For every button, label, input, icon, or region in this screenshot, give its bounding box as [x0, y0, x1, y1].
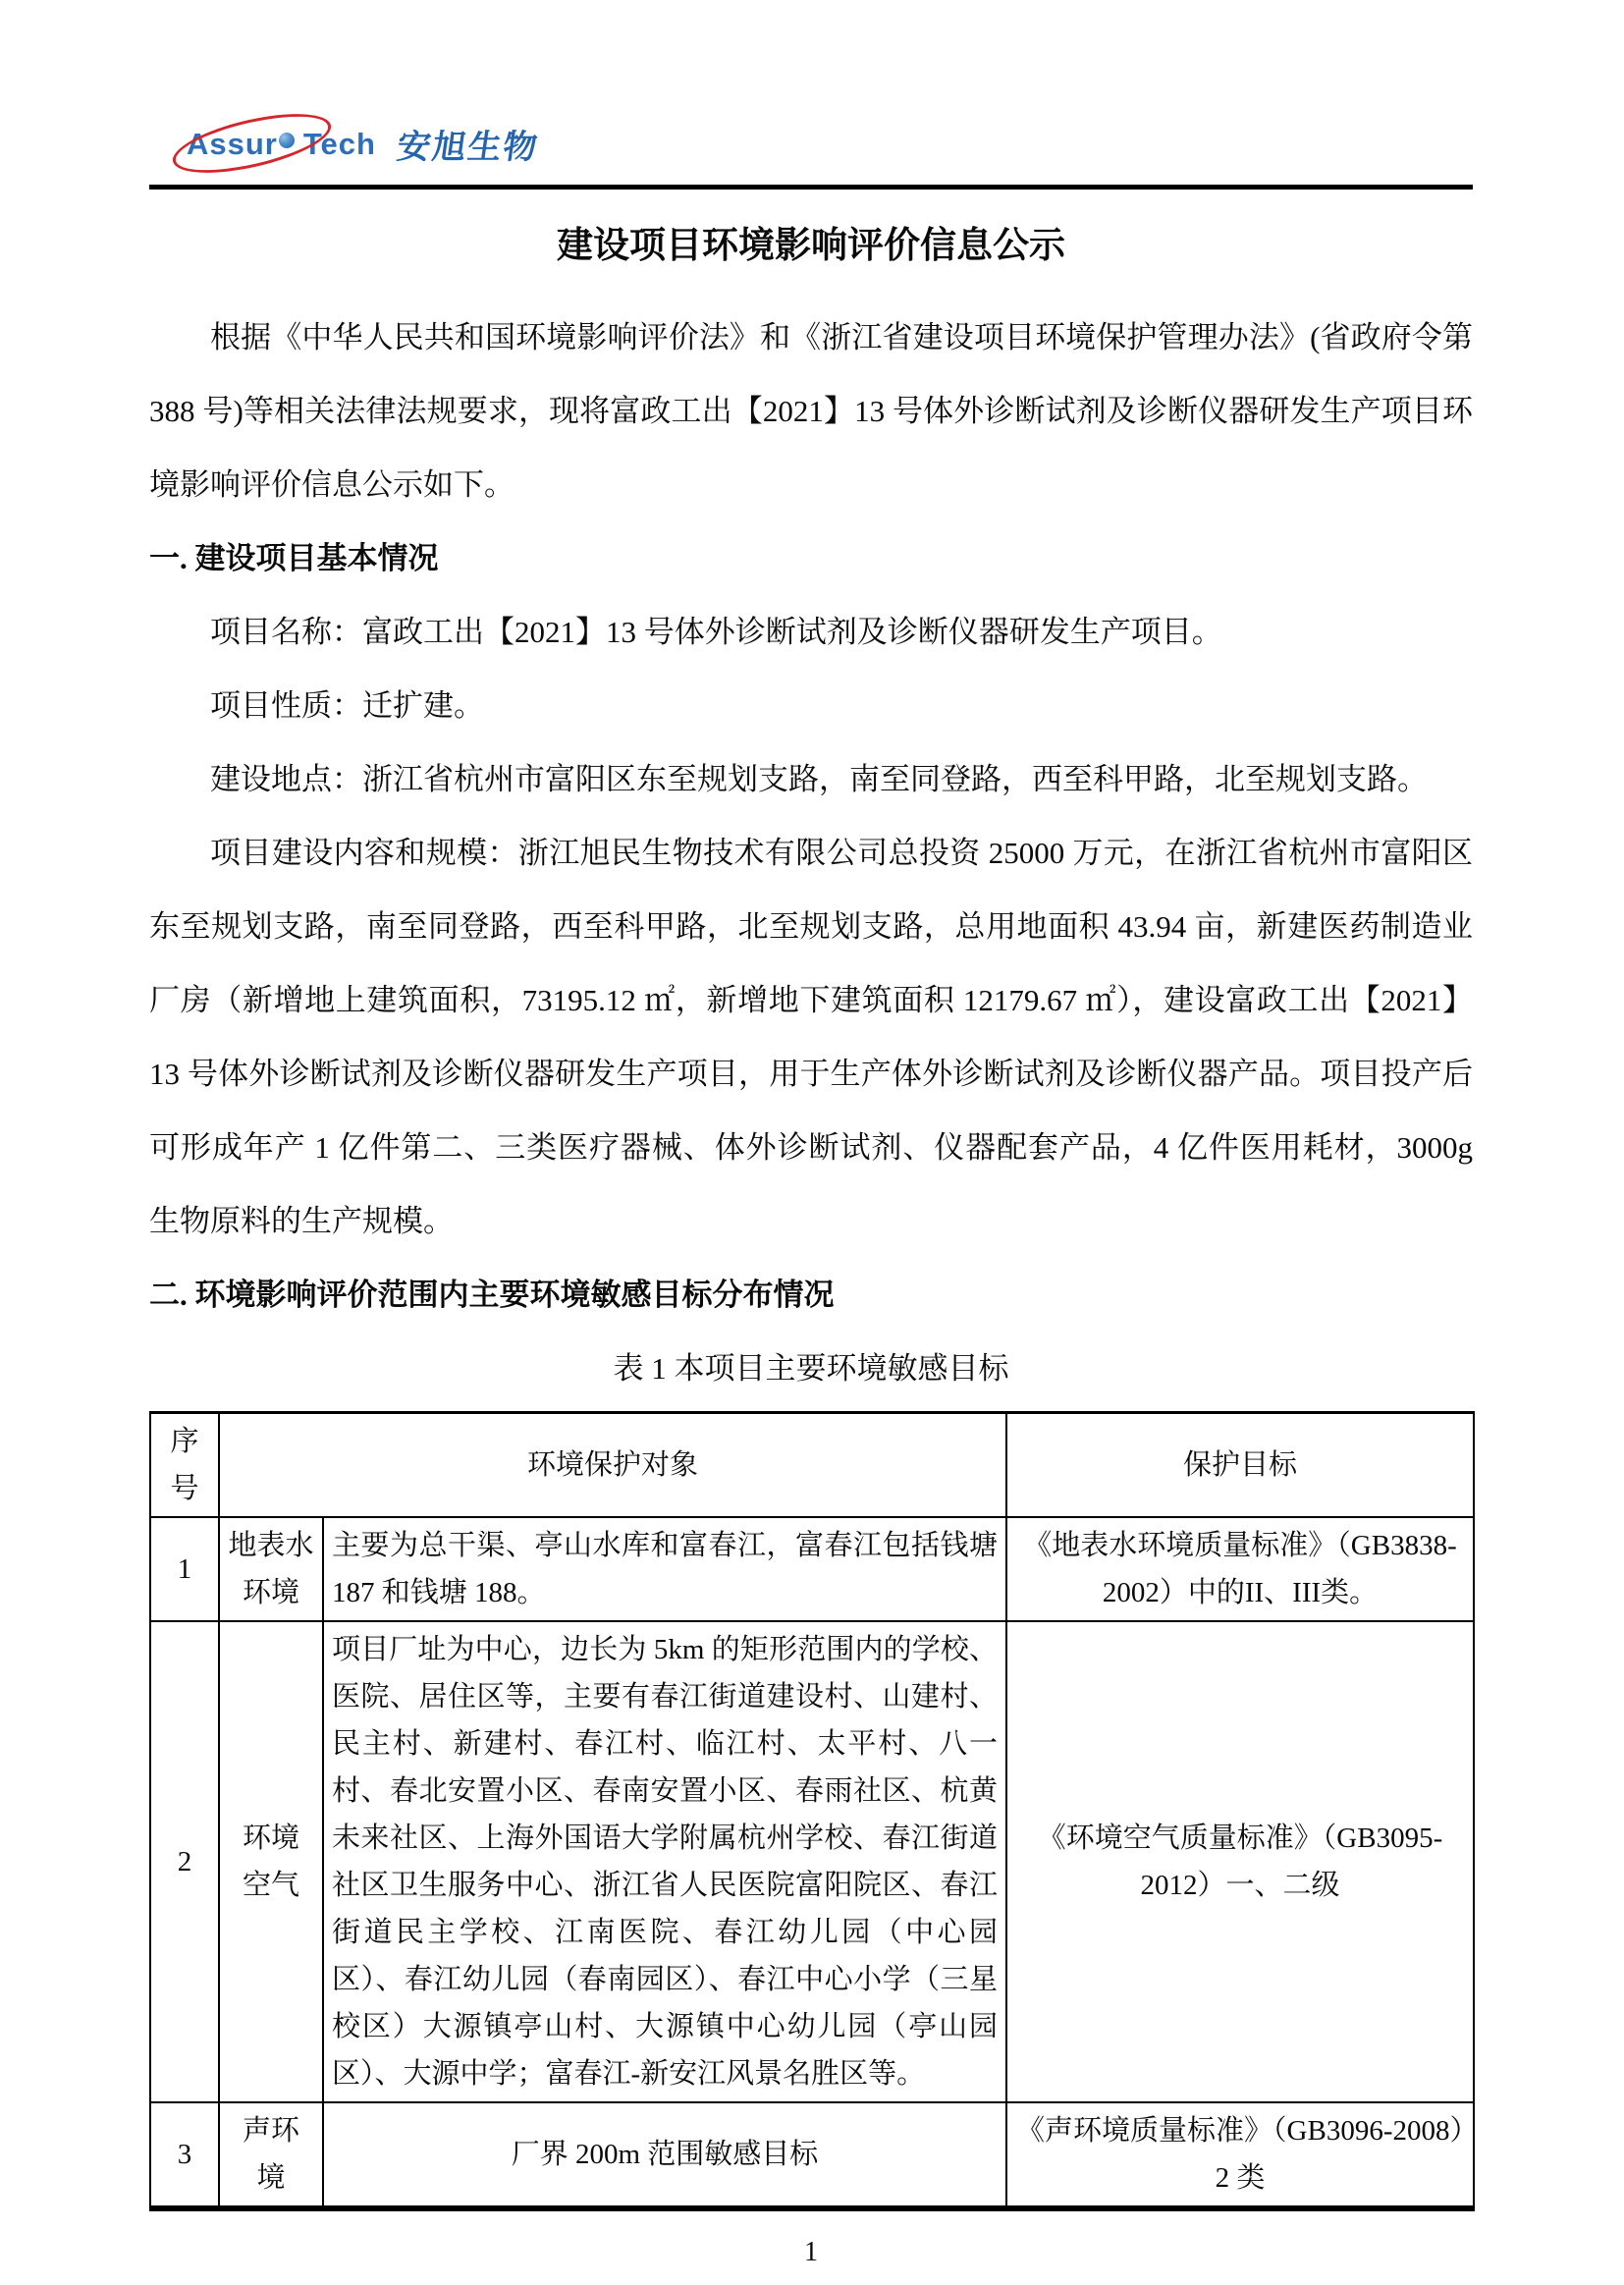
row2-description: 项目厂址为中心，边长为 5km 的矩形范围内的学校、医院、居住区等，主要有春江街…	[323, 1621, 1006, 2102]
header-cell-target: 保护目标	[1006, 1413, 1474, 1518]
document-body: 根据《中华人民共和国环境影响评价法》和《浙江省建设项目环境保护管理办法》(省政府…	[149, 300, 1473, 2268]
header-divider	[149, 185, 1473, 190]
section1-heading: 一. 建设项目基本情况	[149, 521, 1473, 595]
row1-category: 地表水 环境	[219, 1517, 323, 1621]
row1-target: 《地表水环境质量标准》（GB3838-2002）中的II、III类。	[1006, 1517, 1474, 1621]
project-name-paragraph: 项目名称：富政工出【2021】13 号体外诊断试剂及诊断仪器研发生产项目。	[149, 595, 1473, 669]
company-logo: AssurTech 安旭生物	[149, 120, 1473, 171]
table-row-ambient-air: 2 环境 空气 项目厂址为中心，边长为 5km 的矩形范围内的学校、医院、居住区…	[150, 1621, 1474, 2102]
row2-category: 环境 空气	[219, 1621, 323, 2102]
page-header: AssurTech 安旭生物	[149, 120, 1473, 190]
table-header-row: 序号 环境保护对象 保护目标	[150, 1413, 1474, 1518]
row3-description: 厂界 200m 范围敏感目标	[323, 2102, 1006, 2208]
project-scale-paragraph: 项目建设内容和规模：浙江旭民生物技术有限公司总投资 25000 万元，在浙江省杭…	[149, 816, 1473, 1258]
row2-number: 2	[150, 1621, 219, 2102]
logo-chinese-name: 安旭生物	[395, 120, 543, 168]
row1-description: 主要为总干渠、亭山水库和富春江，富春江包括钱塘 187 和钱塘 188。	[323, 1517, 1006, 1621]
document-page: AssurTech 安旭生物 建设项目环境影响评价信息公示 根据《中华人民共和国…	[0, 0, 1624, 2285]
logo-swoosh-icon	[168, 102, 337, 185]
row3-number: 3	[150, 2102, 219, 2208]
page-title: 建设项目环境影响评价信息公示	[149, 219, 1473, 273]
header-cell-number: 序号	[150, 1413, 219, 1518]
logo-mark: AssurTech	[149, 127, 376, 162]
header-cell-object: 环境保护对象	[219, 1413, 1006, 1518]
intro-paragraph: 根据《中华人民共和国环境影响评价法》和《浙江省建设项目环境保护管理办法》(省政府…	[149, 300, 1473, 521]
row2-target: 《环境空气质量标准》（GB3095-2012）一、二级	[1006, 1621, 1474, 2102]
section2-heading: 二. 环境影响评价范围内主要环境敏感目标分布情况	[149, 1258, 1473, 1332]
project-nature-paragraph: 项目性质：迁扩建。	[149, 669, 1473, 742]
row3-category: 声环 境	[219, 2102, 323, 2208]
row3-target: 《声环境质量标准》（GB3096-2008）2 类	[1006, 2102, 1474, 2208]
project-location-paragraph: 建设地点：浙江省杭州市富阳区东至规划支路，南至同登路，西至科甲路，北至规划支路。	[149, 742, 1473, 816]
table-row-surface-water: 1 地表水 环境 主要为总干渠、亭山水库和富春江，富春江包括钱塘 187 和钱塘…	[150, 1517, 1474, 1621]
row1-number: 1	[150, 1517, 219, 1621]
sensitive-targets-table: 序号 环境保护对象 保护目标 1 地表水 环境 主要为总干渠、亭山水库和富春江，…	[149, 1411, 1475, 2211]
table-caption: 表 1 本项目主要环境敏感目标	[149, 1332, 1473, 1405]
page-number: 1	[149, 2237, 1473, 2268]
table-row-acoustic: 3 声环 境 厂界 200m 范围敏感目标 《声环境质量标准》（GB3096-2…	[150, 2102, 1474, 2208]
